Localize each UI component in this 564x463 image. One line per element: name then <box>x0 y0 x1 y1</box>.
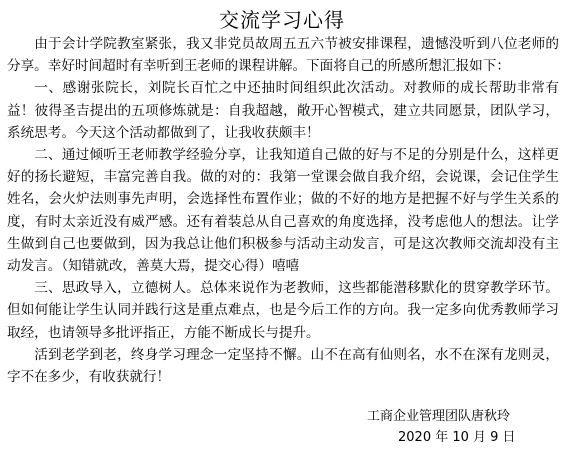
paragraph-intro: 由于会计学院教室紧张，我又非党员故周五五六节被安排课程，遗憾没听到八位老师的分享… <box>7 33 559 77</box>
author-signature: 工商企业管理团队唐秋玲 <box>367 407 510 427</box>
paragraph-conclusion: 活到老学到老，终身学习理念一定坚持不懈。山不在高有仙则名，水不在深有龙则灵，字不… <box>7 344 559 388</box>
paragraph-point-three: 三、思政导入，立德树人。总体来说作为老教师，这些都能潜移默化的贯穿教学环节。但如… <box>7 277 559 344</box>
paragraph-point-two: 二、通过倾听王老师教学经验分享，让我知道自己做的好与不足的分别是什么，这样更好的… <box>7 144 559 277</box>
document-date: 2020 年 10 月 9 日 <box>398 428 516 448</box>
paragraph-point-one: 一、感谢张院长，刘院长百忙之中还抽时间组织此次活动。对教师的成长帮助非常有益！彼… <box>7 77 559 144</box>
document-body: 由于会计学院教室紧张，我又非党员故周五五六节被安排课程，遗憾没听到八位老师的分享… <box>7 33 559 388</box>
document-title: 交流学习心得 <box>0 7 564 33</box>
